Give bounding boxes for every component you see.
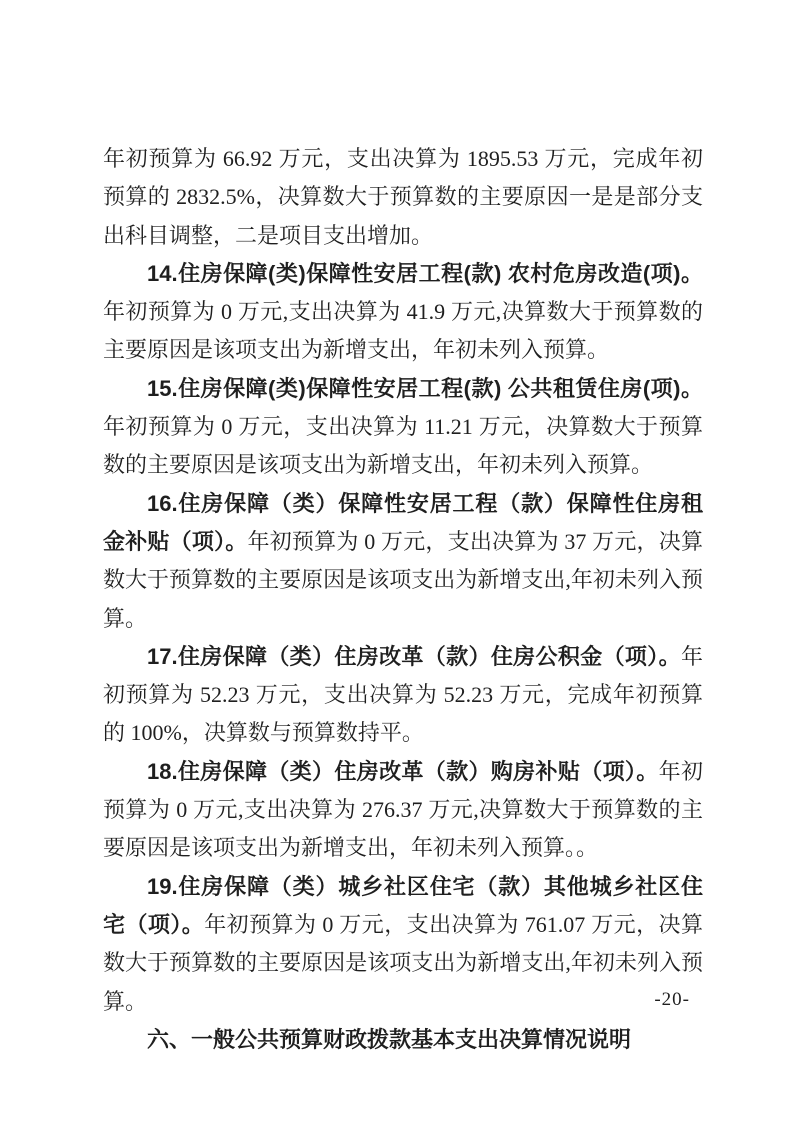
section-heading: 六、一般公共预算财政拨款基本支出决算情况说明 xyxy=(103,1021,703,1059)
paragraph-body: 年初预算为 66.92 万元，支出决算为 1895.53 万元，完成年初预算的 … xyxy=(103,146,703,248)
paragraph-body: 年初预算为 0 万元，支出决算为 11.21 万元，决算数大于预算数的主要原因是… xyxy=(103,414,703,477)
paragraph-body: 年初预算为 0 万元,支出决算为 41.9 万元,决算数大于预算数的主要原因是该… xyxy=(103,299,703,362)
page-body-text: 年初预算为 66.92 万元，支出决算为 1895.53 万元，完成年初预算的 … xyxy=(103,140,703,1059)
paragraph-lead: 15.住房保障(类)保障性安居工程(款) 公共租赁住房(项)。 xyxy=(147,376,703,401)
paragraph-17: 17.住房保障（类）住房改革（款）住房公积金（项）。年初预算为 52.23 万元… xyxy=(103,638,703,753)
document-page: 年初预算为 66.92 万元，支出决算为 1895.53 万元，完成年初预算的 … xyxy=(0,0,793,1122)
paragraph-lead: 18.住房保障（类）住房改革（款）购房补贴（项）。 xyxy=(147,759,659,784)
paragraph-lead: 14.住房保障(类)保障性安居工程(款) 农村危房改造(项)。 xyxy=(147,261,703,286)
paragraph-16: 16.住房保障（类）保障性安居工程（款）保障性住房租金补贴（项）。年初预算为 0… xyxy=(103,485,703,638)
paragraph-13-continuation: 年初预算为 66.92 万元，支出决算为 1895.53 万元，完成年初预算的 … xyxy=(103,140,703,255)
paragraph-lead: 17.住房保障（类）住房改革（款）住房公积金（项）。 xyxy=(147,644,681,669)
paragraph-14: 14.住房保障(类)保障性安居工程(款) 农村危房改造(项)。年初预算为 0 万… xyxy=(103,255,703,370)
paragraph-15: 15.住房保障(类)保障性安居工程(款) 公共租赁住房(项)。年初预算为 0 万… xyxy=(103,370,703,485)
page-number: -20- xyxy=(654,989,690,1011)
paragraph-19: 19.住房保障（类）城乡社区住宅（款）其他城乡社区住宅（项）。年初预算为 0 万… xyxy=(103,868,703,1021)
paragraph-18: 18.住房保障（类）住房改革（款）购房补贴（项）。年初预算为 0 万元,支出决算… xyxy=(103,753,703,868)
